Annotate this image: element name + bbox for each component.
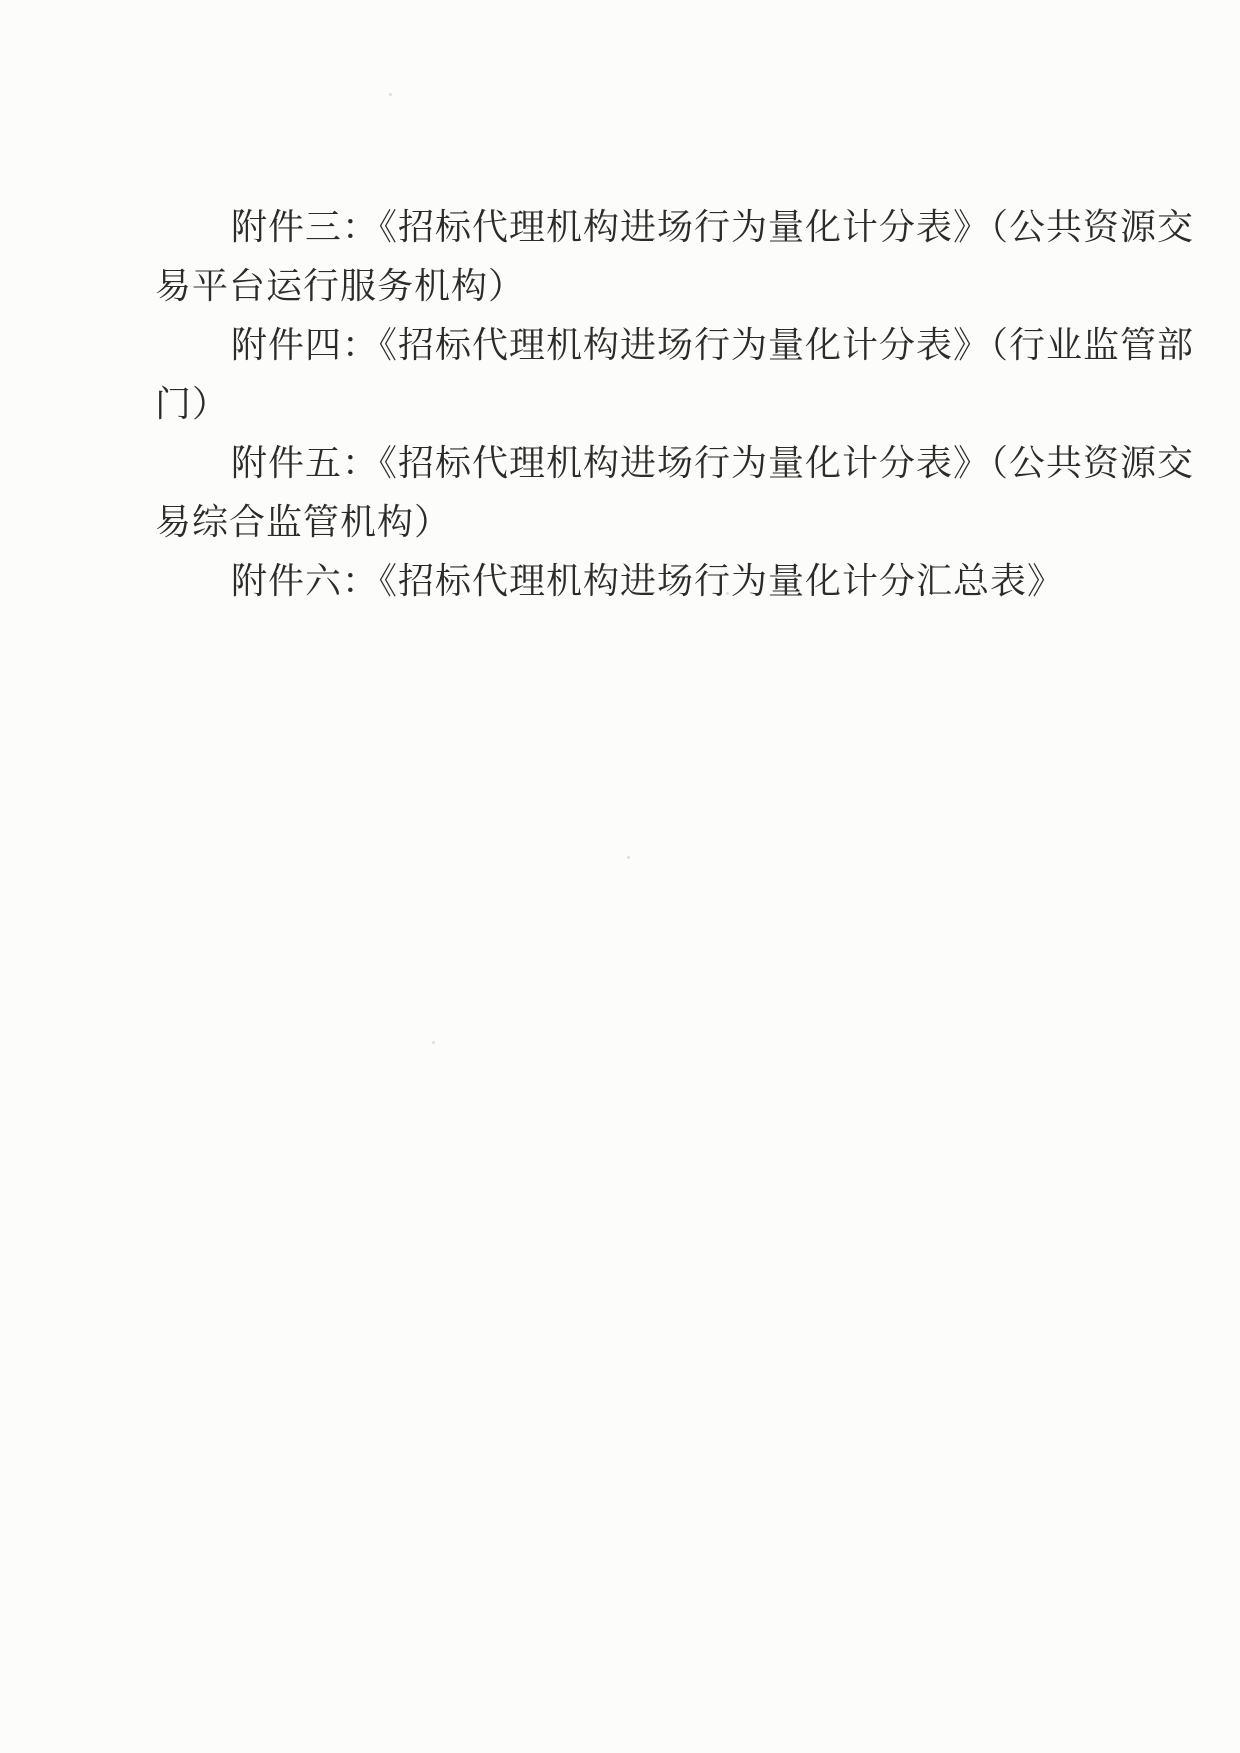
attachment-line-6: 附件六：《招标代理机构进场行为量化计分汇总表》	[155, 552, 1100, 611]
scan-speck	[726, 592, 729, 595]
scan-speck	[432, 1041, 435, 1044]
attachment-line-5a: 附件五：《招标代理机构进场行为量化计分表》（公共资源交	[155, 434, 1100, 493]
document-page: 附件三：《招标代理机构进场行为量化计分表》（公共资源交 易平台运行服务机构） 附…	[0, 0, 1240, 1753]
attachment-line-4a: 附件四：《招标代理机构进场行为量化计分表》（行业监管部	[155, 316, 1100, 375]
attachment-line-5b: 易综合监管机构）	[155, 493, 1100, 552]
attachment-line-3a: 附件三：《招标代理机构进场行为量化计分表》（公共资源交	[155, 198, 1100, 257]
scan-speck	[389, 93, 392, 96]
attachment-line-4b: 门）	[155, 375, 1100, 434]
attachment-list: 附件三：《招标代理机构进场行为量化计分表》（公共资源交 易平台运行服务机构） 附…	[155, 198, 1100, 611]
attachment-line-3b: 易平台运行服务机构）	[155, 257, 1100, 316]
scan-speck	[627, 856, 630, 859]
